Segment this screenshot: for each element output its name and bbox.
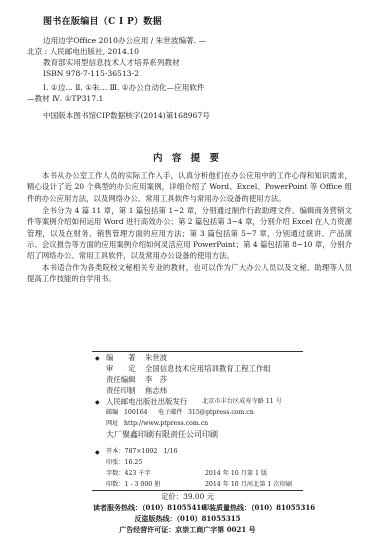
reader-service-hotline: 读者服务热线：（010）81055410 bbox=[93, 503, 206, 513]
email-label: 电子邮件 bbox=[158, 408, 183, 418]
cip-line-publisher: 北京 : 人民邮电出版社, 2014.10 bbox=[27, 46, 139, 57]
cip-line-record-number: 中国版本图书馆CIP数据核字(2014)第168967号 bbox=[43, 110, 210, 121]
summary-paragraph-1: 本书从办公室工作人员的实际工作入手，认真分析他们在办公应用中的工作心得和知识需求… bbox=[27, 170, 352, 204]
book-printing: 2014 年 10 月河北第 1 次印刷 bbox=[205, 480, 292, 490]
editor-label: 责任编辑 bbox=[106, 375, 136, 385]
publisher: 人民邮电出版社出版发行 bbox=[106, 397, 187, 407]
postcode-label: 邮编 bbox=[106, 408, 118, 418]
print-supervisor-label: 责任印制 bbox=[106, 386, 136, 396]
print-quality-hotline: 印装质量热线：（010）81055316 bbox=[202, 503, 315, 513]
publisher-address: 北京市丰台区成寿寺路 11 号 bbox=[202, 397, 282, 407]
book-word-count: 字数：423 千字 bbox=[106, 469, 151, 479]
review-org: 全国信息技术应用培训教育工程工作组 bbox=[145, 364, 271, 374]
cip-line-title: 边用边学Office 2010办公应用 / 朱世波编著. — bbox=[43, 35, 206, 46]
cip-line-classification-cont: —教材 Ⅳ. ①TP317.1 bbox=[27, 93, 103, 104]
bullet-icon: ◆ bbox=[95, 399, 100, 406]
credits-bottom-rule bbox=[92, 490, 303, 491]
advertising-license: 广告经营许可证：京崇工商广字第 0021 号 bbox=[0, 525, 375, 535]
author-label: 编 著 bbox=[106, 353, 136, 363]
bullet-icon: ◆ bbox=[95, 449, 100, 456]
book-format: 开本：787×1092 1/16 bbox=[106, 447, 177, 457]
cip-heading: 图书在版编目（C I P）数据 bbox=[43, 14, 162, 27]
print-supervisor-name: 焦志炜 bbox=[145, 386, 167, 396]
summary-paragraph-2: 全书分为 4 篇 11 章，第 1 篇包括第 1~2 章，分别通过制作行政助理文… bbox=[27, 205, 352, 261]
summary-paragraph-3: 本书适合作为各类院校文秘相关专业的教材，也可以作为广大办公人员以及文秘、助理等人… bbox=[27, 262, 352, 285]
printer: 大厂聚鑫印刷有限责任公司印刷 bbox=[106, 430, 218, 440]
anti-piracy-hotline: 反盗版热线：（010）81055315 bbox=[0, 514, 375, 524]
web-link[interactable]: http://www.ptpress.com.cn bbox=[124, 419, 208, 429]
postcode: 100164 bbox=[124, 408, 148, 418]
book-edition: 2014 年 10 月第 1 版 bbox=[205, 469, 267, 479]
web-label: 网址 bbox=[106, 419, 118, 429]
review-label: 审 定 bbox=[106, 364, 136, 374]
book-print-run: 印数：1 - 3 000 册 bbox=[106, 480, 160, 490]
cip-line-classification: Ⅰ. ①边… Ⅱ. ①朱… Ⅲ. ①办公自动化—应用软件 bbox=[43, 82, 205, 93]
bullet-icon: ◆ bbox=[95, 355, 100, 362]
cip-line-series: 教育部实用型信息技术人才培养系列教材 bbox=[43, 57, 180, 68]
credits-top-rule bbox=[92, 351, 303, 352]
cip-line-isbn: ISBN 978-7-115-36513-2 bbox=[43, 68, 139, 79]
book-price: 定价：39.00 元 bbox=[0, 492, 375, 502]
book-sheets: 印张：16.25 bbox=[106, 458, 142, 468]
editor-name: 李 莎 bbox=[145, 375, 167, 385]
author-name: 朱世波 bbox=[145, 353, 167, 363]
summary-title: 内 容 提 要 bbox=[0, 150, 375, 164]
email-link[interactable]: 315@ptpress.com.cn bbox=[188, 408, 254, 418]
